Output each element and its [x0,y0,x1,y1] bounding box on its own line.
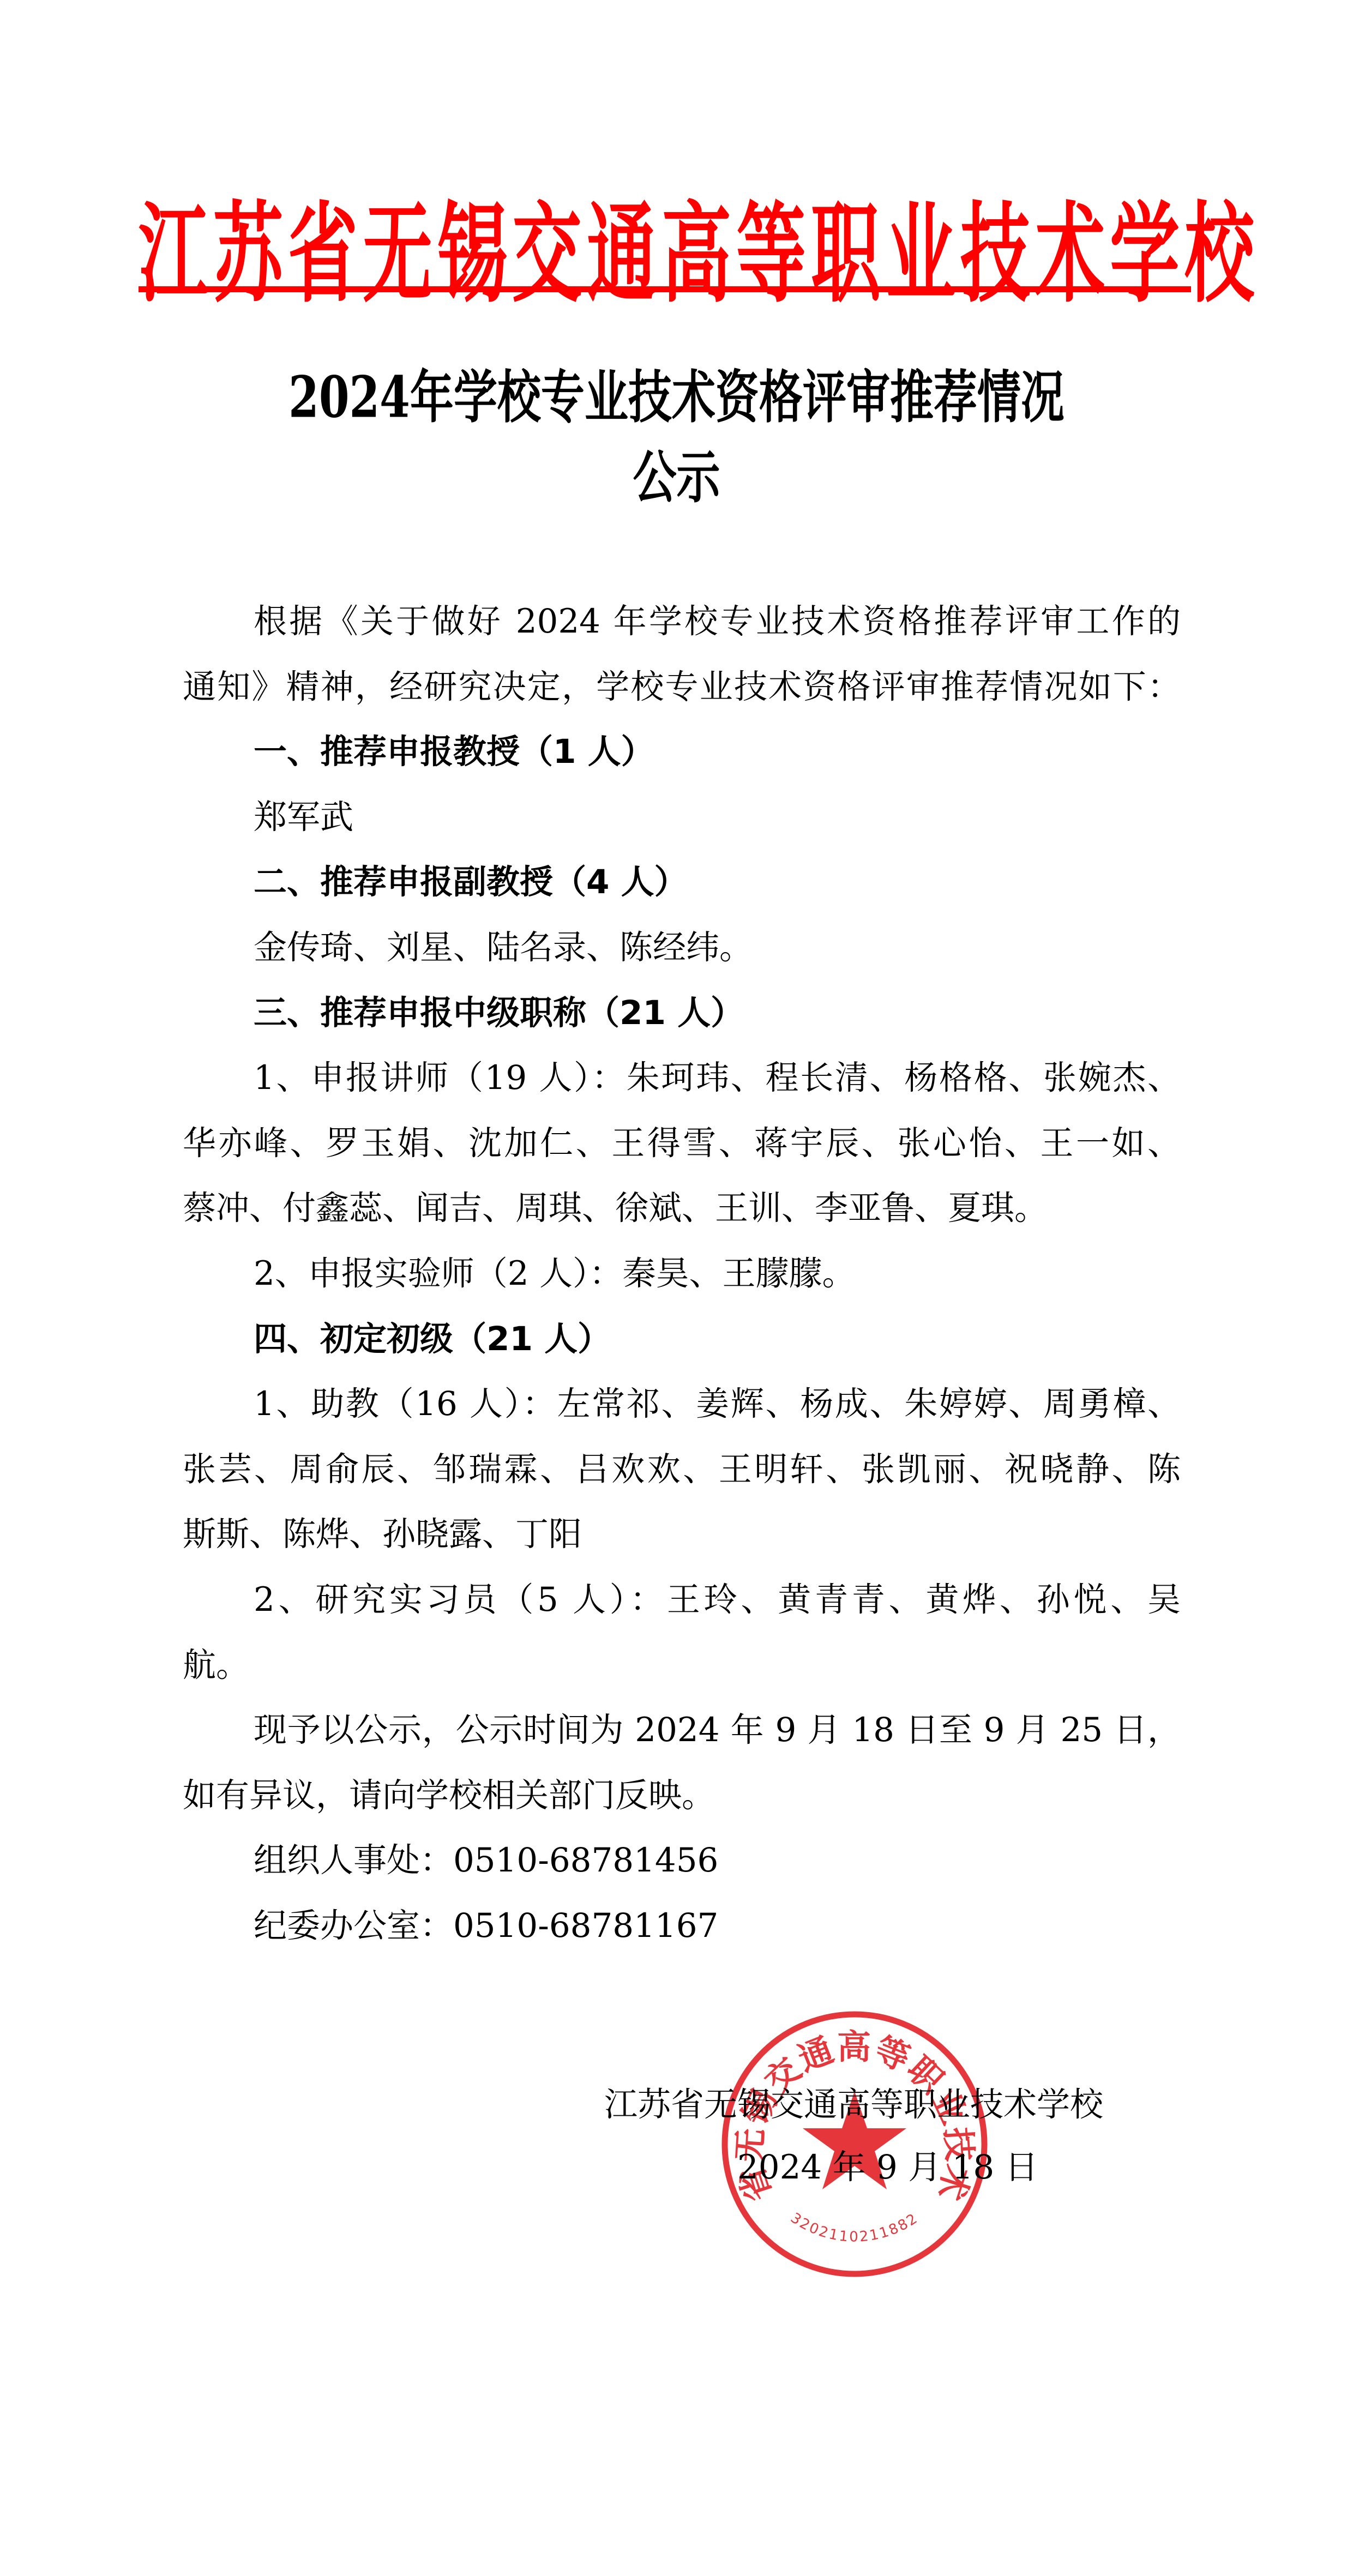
lecturer-line-2: 华亦峰、罗玉娟、沈加仁、王得雪、蒋宇辰、张心怡、王一如、 [183,1111,1181,1176]
research-intern-line-1: 2、研究实习员（5 人）：王玲、黄青青、黄烨、孙悦、吴 [254,1567,1181,1633]
lecturer-line-3: 蔡冲、付鑫蕊、闻吉、周琪、徐斌、王训、李亚鲁、夏琪。 [183,1176,1181,1241]
research-intern-line-2: 航。 [183,1633,1181,1698]
letterhead-text: 江苏省无锡交通高等职业技术学校 [139,161,1259,347]
seal-code: 3202110211882 [787,2210,922,2245]
lecturer-line-1: 1、申报讲师（19 人）：朱珂玮、程长清、杨格格、张婉杰、 [254,1045,1181,1111]
document-title-line1: 2024年学校专业技术资格评审推荐情况 [288,354,1065,440]
section-2-heading: 二、推荐申报副教授（4 人） [254,850,1181,915]
intro-line-1: 根据《关于做好 2024 年学校专业技术资格推荐评审工作的 [254,589,1181,654]
letterhead-red-rule [139,286,1191,292]
letterhead-title: 江苏省无锡交通高等职业技术学校 [139,161,1191,347]
assistant-line-3: 斯斯、陈烨、孙晓露、丁阳 [183,1502,1181,1567]
section-1-heading: 一、推荐申报教授（1 人） [254,719,1181,785]
contact-discipline: 纪委办公室：0510-68781167 [254,1893,1181,1959]
document-title: 2024年学校专业技术资格评审推荐情况 [0,364,1353,430]
document-title-line2: 公示 [633,435,720,520]
assistant-line-2: 张芸、周俞辰、邹瑞霖、吕欢欢、王明轩、张凯丽、祝晓静、陈 [183,1437,1181,1502]
section-4-heading: 四、初定初级（21 人） [254,1307,1181,1372]
contact-hr: 组织人事处：0510-68781456 [254,1828,1181,1893]
document-page: 江苏省无锡交通高等职业技术学校 2024年学校专业技术资格评审推荐情况 公示 根… [0,0,1353,2576]
notice-line-2: 如有异议，请向学校相关部门反映。 [183,1763,1181,1828]
signature-org: 江苏省无锡交通高等职业技术学校 [604,2078,1103,2132]
signature-date: 2024 年 9 月 18 日 [737,2140,1038,2195]
document-subtitle: 公示 [0,444,1353,510]
intro-line-2: 通知》精神，经研究决定，学校专业技术资格评审推荐情况如下： [183,654,1181,720]
section-3-heading: 三、推荐申报中级职称（21 人） [254,980,1181,1046]
section-1-names: 郑军武 [254,785,1181,850]
lab-engineer-line: 2、申报实验师（2 人）：秦昊、王朦朦。 [254,1241,1181,1307]
notice-line-1: 现予以公示，公示时间为 2024 年 9 月 18 日至 9 月 25 日， [254,1698,1181,1763]
assistant-line-1: 1、助教（16 人）：左常祁、姜辉、杨成、朱婷婷、周勇樟、 [254,1371,1181,1437]
section-2-names: 金传琦、刘星、陆名录、陈经纬。 [254,915,1181,980]
svg-text:3202110211882: 3202110211882 [787,2210,922,2245]
